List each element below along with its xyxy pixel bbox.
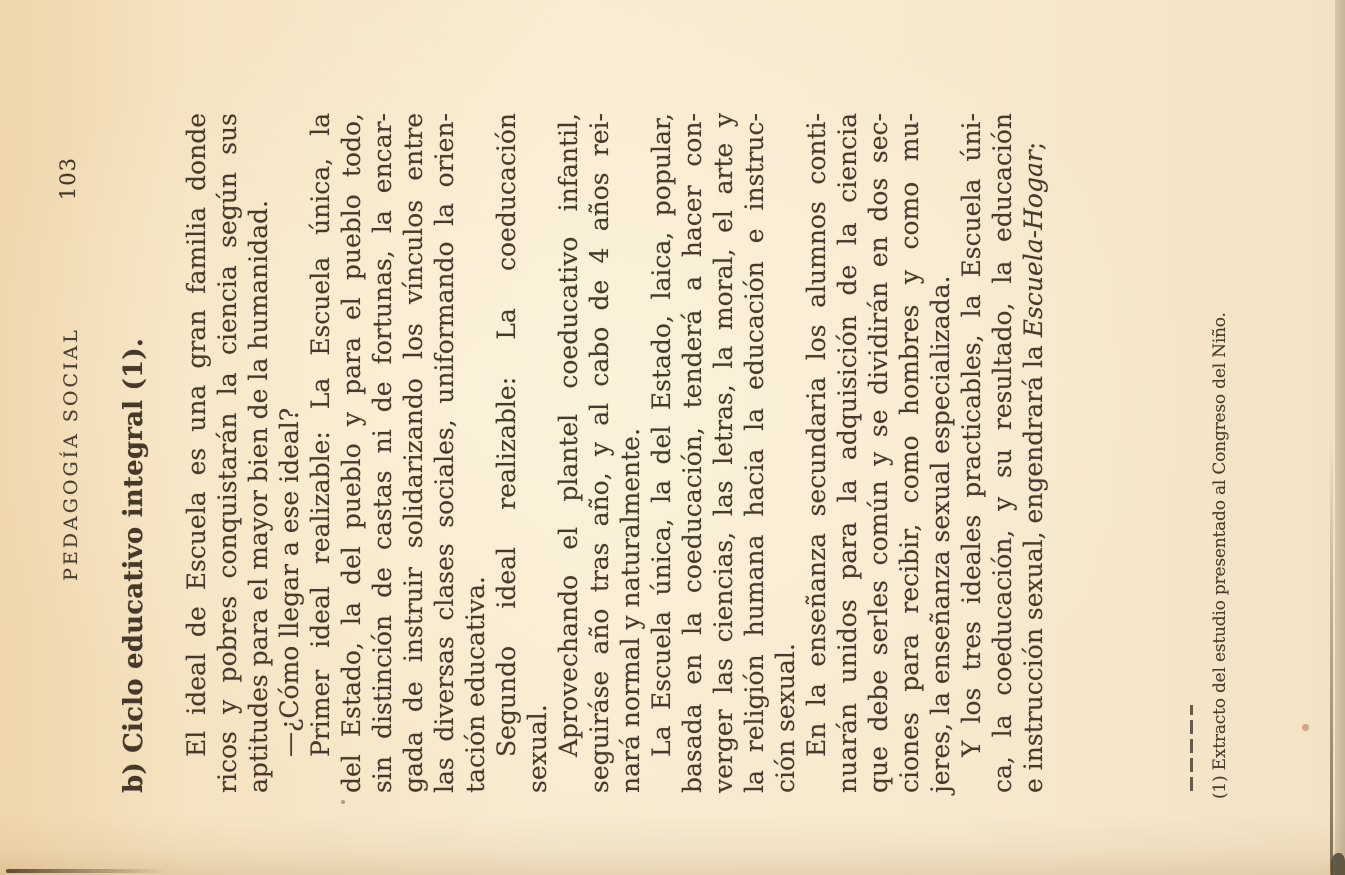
body-text: El ideal de Escuela es una gran familia … <box>181 113 1049 793</box>
running-header: PEDAGOGÍA SOCIAL 103 <box>60 115 92 793</box>
body-line: ca, la coeducación, y su resultado, la e… <box>987 113 1018 793</box>
body-line: basada en la coeducación, tenderá a hace… <box>677 113 708 793</box>
body-line: aptitudes para el mayor bien de la human… <box>243 113 274 793</box>
body-line: seguiráse año tras año, y al cabo de 4 a… <box>584 113 615 793</box>
page-corner-shadow <box>1331 853 1345 875</box>
page-number: 103 <box>56 157 80 200</box>
body-line: sin distinción de castas ni de fortunas,… <box>367 113 398 793</box>
running-header-title: PEDAGOGÍA SOCIAL <box>60 327 82 581</box>
body-line: jeres, la enseñanza sexual especializada… <box>925 113 956 793</box>
body-line: nará normal y naturalmente. <box>615 113 646 793</box>
body-line: la religión humana hacia la educación e … <box>739 113 770 793</box>
body-line: ricos y pobres conquistarán la ciencia s… <box>212 113 243 793</box>
footnote-text: (1) Extracto del estudio presentado al C… <box>1210 179 1230 799</box>
body-line: verger las ciencias, las letras, la mora… <box>708 113 739 793</box>
body-line: las diversas clases sociales, uniformand… <box>429 113 460 793</box>
body-line: gada de instruir solidarizando los víncu… <box>398 113 429 793</box>
body-line: Y los tres ideales practicables, la Escu… <box>956 113 987 793</box>
book-page: PEDAGOGÍA SOCIAL 103 b) Ciclo educativo … <box>0 0 1345 875</box>
body-line: Segundo ideal realizable: La coeducación <box>491 113 522 793</box>
page-edge-shadow-bottom <box>1335 0 1345 875</box>
paper-speck <box>1302 724 1309 731</box>
body-line: En la enseñanza secundaria los alumnos c… <box>801 113 832 793</box>
paper-speck <box>341 800 345 804</box>
scanned-book-page-screenshot: PEDAGOGÍA SOCIAL 103 b) Ciclo educativo … <box>0 0 1345 875</box>
body-line: del Estado, la del pueblo y para el pueb… <box>336 113 367 793</box>
body-line: Aprovechando el plantel coeducativo infa… <box>553 113 584 793</box>
body-line: e instrucción sexual, engendrará la Escu… <box>1018 113 1049 793</box>
body-line: ción sexual. <box>770 113 801 793</box>
body-line: que debe serles común y se dividirán en … <box>863 113 894 793</box>
body-line: nuarán unidos para la adquisición de la … <box>832 113 863 793</box>
page-edge-artifact-left <box>6 869 166 873</box>
body-line: sexual. <box>522 113 553 793</box>
body-line: El ideal de Escuela es una gran familia … <box>181 113 212 793</box>
section-heading: b) Ciclo educativo integral (1). <box>119 338 149 793</box>
footnote-separator-rule <box>1190 705 1193 791</box>
body-line: ciones para recibir, como hombres y como… <box>894 113 925 793</box>
page-edge-artifact-bottom <box>1330 430 1333 875</box>
body-line: tación educativa. <box>460 113 491 793</box>
body-line: —¿Cómo llegar a ese ideal? <box>274 113 305 793</box>
body-line: La Escuela única, la del Estado, laica, … <box>646 113 677 793</box>
body-line: Primer ideal realizable: La Escuela únic… <box>305 113 336 793</box>
